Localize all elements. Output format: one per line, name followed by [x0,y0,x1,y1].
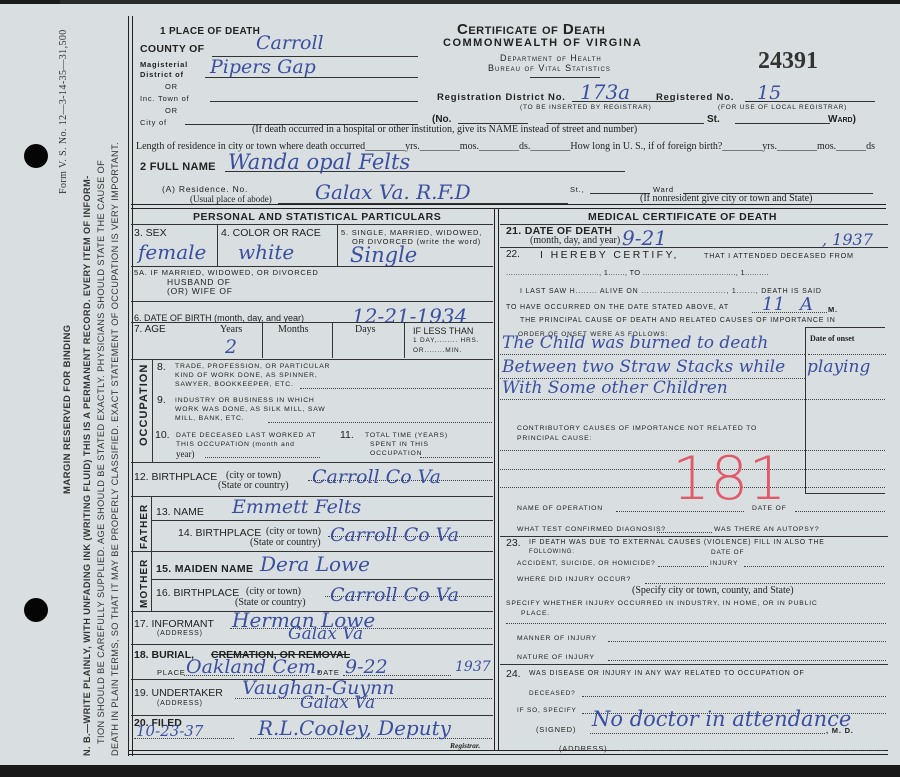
place-of-death-label: 1 PLACE OF DEATH [160,26,260,37]
occurred-line: TO HAVE OCCURRED ON THE DATE STATED ABOV… [506,304,729,311]
occ8-line-2: KIND OF WORK DONE, AS SPINNER, [175,372,318,379]
magisterial-label-2: District of [140,70,184,79]
rule [645,583,885,584]
where-injury-sub: (Specify city or town, county, and State… [632,585,794,596]
rule [805,327,806,427]
rule [131,322,493,323]
operation-date-label: DATE OF [752,505,787,512]
external-causes-num: 23. [506,537,521,549]
ampm-value: A [800,294,813,315]
st-label: St. [707,114,720,125]
sex-label: 3. SEX [134,227,167,239]
rule [500,354,805,355]
rule [590,733,825,734]
rule [268,422,492,423]
rule [744,566,884,567]
injury-date-label: INJURY [710,560,738,567]
medical-section-title: MEDICAL CERTIFICATE OF DEATH [588,211,777,223]
binding-margin-note: MARGIN RESERVED FOR BINDING [62,325,73,495]
occupation-related-line-2: DECEASED? [529,690,576,697]
race-label: 4. COLOR OR RACE [221,227,321,239]
occupation-related-num: 24. [506,668,521,680]
instructions-line-3: DEATH IN PLAIN TERMS, SO THAT IT MAY BE … [110,142,120,756]
sex-value: female [138,240,206,264]
residence-label: (A) Residence. No. [162,184,248,194]
birthplace-label: 12. BIRTHPLACE [134,471,217,483]
rule [131,644,493,645]
undertaker-address-label: (ADDRESS) [157,700,203,707]
rule [500,399,885,400]
certificate-number: 24391 [758,48,818,75]
time-value: 11 [762,294,785,315]
operation-label: NAME OF OPERATION [517,505,603,512]
accident-label: ACCIDENT, SUICIDE, OR HOMICIDE? [517,560,656,567]
rule [217,224,218,266]
rule [808,354,886,355]
rule [300,388,492,389]
rule [131,266,493,267]
certify-label: I HEREBY CERTIFY, [540,249,679,261]
rule [582,696,886,697]
dod-sub: (month, day, and year) [530,235,620,246]
mother-side-label: MOTHER [139,559,150,608]
informant-address-label: (ADDRESS) [157,630,203,637]
birthplace-sub-2: (State or country) [218,480,289,491]
certificate-paper: Form V. S. No. 12—3-14-35—31,500 MARGIN … [0,4,900,765]
rule [131,224,493,225]
classification-code: 181 [672,444,787,514]
occ11-line-2: SPENT IN THIS [370,441,429,448]
if-so-label: IF SO, SPECIFY [517,707,577,714]
rule [404,322,405,358]
rule [332,322,333,358]
burial-place-value: Oakland Cem. [186,656,322,678]
magisterial-label-1: Magisterial [140,60,188,69]
birthplace-value: Carroll Co Va [312,466,441,488]
less-than-label-2: 1 DAY,........ HRS. [413,337,479,344]
inc-town-line [210,101,418,102]
header-rule [530,77,600,78]
spouse-label-3: (OR) WIFE OF [167,286,233,296]
occ11-line-3: OCCUPATION [370,450,422,457]
occ11-num: 11. [340,429,354,441]
rule [420,457,492,458]
registration-district-value: 173a [580,80,630,104]
m-suffix: M. [828,305,838,314]
age-label: 7. AGE [134,324,166,335]
rule [151,520,493,521]
signed-label: (SIGNED) [536,725,576,734]
ward-label: Ward) [828,114,856,125]
father-birthplace-sub-1: (city or town) [266,526,321,537]
full-name-label: 2 FULL NAME [140,161,216,173]
rule [805,427,806,493]
cause-line-1: The Child was burned to death [502,333,768,353]
binding-hole-bottom [24,598,48,622]
registration-district-label: Registration District No. [437,92,566,103]
rule [657,532,712,533]
autopsy-label: WAS THERE AN AUTOPSY? [714,526,819,533]
father-name-value: Emmett Felts [232,496,361,518]
rule [500,664,888,665]
external-causes-line-1: IF DEATH WAS DUE TO EXTERNAL CAUSES (VIO… [529,539,825,546]
rule [658,566,708,567]
address-label: (ADDRESS) [559,744,607,753]
cause-line-3: With Some other Children [502,378,728,398]
occ9-line-1: INDUSTRY OR BUSINESS IN WHICH [175,397,315,404]
rule [151,579,493,580]
residence-value: Galax Va. R.F.D [315,180,471,204]
rule [131,301,493,302]
signed-value: No doctor in attendance [592,707,851,731]
burial-date-value: 9-22 [345,656,388,678]
specify-injury-line-1: SPECIFY WHETHER INJURY OCCURRED IN INDUS… [506,600,818,607]
form-number: Form V. S. No. 12—3-14-35—31,500 [58,29,69,194]
years-label: Years [220,324,242,335]
mother-birthplace-sub-2: (State or country) [235,597,306,608]
attended-from-to: .......................................,… [506,268,769,277]
marital-value: Single [350,243,417,267]
occ8-num: 8. [157,361,166,373]
marital-label-1: 5. SINGLE, MARRIED, WIDOWED, [341,228,482,237]
registered-no-note: (FOR USE OF LOCAL REGISTRAR) [718,104,847,111]
less-than-label-3: OR........MIN. [413,347,462,354]
nonresident-note: (If nonresident give city or town and St… [640,193,812,204]
rule [151,551,152,611]
rule [131,462,493,463]
cause-line-2: Between two Straw Stacks while [502,357,785,377]
test-label: WHAT TEST CONFIRMED DIAGNOSIS? [517,526,666,533]
registration-district-note: (TO BE INSERTED BY REGISTRAR) [520,104,652,111]
mother-birthplace-value: Carroll Co Va [330,584,459,606]
rule [151,496,152,551]
nature-label: NATURE OF INJURY [517,654,595,661]
rule [500,536,888,537]
father-birthplace-value: Carroll Co Va [330,524,459,546]
left-border [128,16,133,756]
days-label: Days [355,324,376,335]
residence-sub: (Usual place of abode) [190,194,272,204]
date-of-onset-label: Date of onset [810,334,854,343]
column-divider [494,209,499,750]
mother-name-label: 15. MAIDEN NAME [156,563,253,575]
occ9-line-2: WORK WAS DONE, AS SILK MILL, SAW [175,406,326,413]
rule [608,641,886,642]
ward-line [735,123,830,124]
mother-birthplace-sub-1: (city or town) [246,586,301,597]
certify-num: 22. [506,249,520,260]
occupation-related-line-1: WAS DISEASE OR INJURY IN ANY WAY RELATED… [529,670,804,677]
race-value: white [238,240,294,264]
rule [500,247,888,248]
burial-place-label: PLACE [157,668,186,677]
street-no-line [458,123,528,124]
registered-no-label: Registered No. [656,92,734,103]
rule [205,457,320,458]
hospital-note: (If death occurred in a hospital or othe… [252,124,637,135]
undertaker-label: 19. UNDERTAKER [134,687,223,699]
county-label: COUNTY OF [140,43,204,55]
rule [152,359,153,462]
occ10-line-2: THIS OCCUPATION (month and [176,441,295,448]
binding-hole-top [24,144,48,168]
instructions-line-1: N. B.—WRITE PLAINLY, WITH UNFADING INK (… [82,175,92,756]
instructions-line-2: TION SHOULD BE CAREFULLY SUPPLIED. AGE S… [96,160,106,744]
residence-st-label: St., [570,185,584,194]
occ11-line-1: TOTAL TIME (YEARS) [365,432,448,439]
bureau-title: Bureau of Vital Statistics [488,63,611,73]
occ10-num: 10. [155,429,170,441]
occ10-line-1: DATE DECEASED LAST WORKED AT [176,432,316,439]
registered-no-value: 15 [757,82,781,104]
onset-value: playing [807,357,870,377]
mother-birthplace-label: 16. BIRTHPLACE [156,587,239,599]
rule [337,224,338,266]
informant-address-value: Galax Va [288,624,363,644]
header-divider [131,204,886,209]
rule [805,493,885,494]
rule [131,359,493,360]
occ8-line-1: TRADE, PROFESSION, OR PARTICULAR [175,363,330,370]
or-2: OR [165,106,178,115]
rule [795,511,885,512]
occupation-side-label: OCCUPATION [138,364,150,446]
full-name-value: Wanda opal Felts [228,150,410,174]
rule [608,660,886,661]
mother-name-value: Dera Lowe [260,552,370,576]
specify-injury-line-2: PLACE. [521,610,550,617]
street-line [546,123,704,124]
burial-year-value: 1937 [455,659,491,675]
certify-label-2: THAT I ATTENDED DECEASED FROM [704,251,854,260]
registrar-signature: R.L.Cooley, Deputy [258,716,451,740]
rule [506,623,886,624]
contributory-label-2: PRINCIPAL CAUSE: [517,435,592,442]
manner-label: MANNER OF INJURY [517,635,597,642]
department-title: Department of Health [500,53,602,63]
street-no-label: (No. [432,114,451,125]
father-name-label: 13. NAME [156,506,204,518]
rule [616,511,744,512]
spouse-label-1: 5A. IF MARRIED, WIDOWED, OR DIVORCED [134,268,319,277]
contributory-label-1: CONTRIBUTORY CAUSES OF IMPORTANCE NOT RE… [517,425,757,432]
informant-label: 17. INFORMANT [134,618,214,630]
county-value: Carroll [256,32,324,54]
months-label: Months [278,324,309,335]
or-1: OR [165,82,178,91]
occ9-num: 9. [157,394,166,406]
city-label: City of [140,118,167,127]
where-injury-label: WHERE DID INJURY OCCUR? [517,576,631,583]
filed-date-value: 10-23-37 [136,722,203,740]
father-birthplace-label: 14. BIRTHPLACE [178,527,261,539]
age-years-value: 2 [225,336,237,358]
external-date-of-label: DATE OF [711,549,744,556]
father-side-label: FATHER [139,504,150,549]
undertaker-address-value: Galax Va [300,693,375,713]
personal-section-title: PERSONAL AND STATISTICAL PARTICULARS [193,211,441,223]
occ10-line-3: year) [176,449,194,459]
less-than-label-1: IF LESS THAN [413,326,473,336]
occ9-line-3: MILL, BANK, ETC. [175,415,244,422]
magisterial-value: Pipers Gap [210,56,316,78]
burial-date-label: DATE [317,668,340,677]
certificate-title: Certificate of Death [457,21,605,38]
md-suffix: , M. D. [826,726,854,735]
rule [620,750,885,751]
external-causes-line-2: FOLLOWING: [529,549,575,555]
rule [805,327,885,328]
state-title: COMMONWEALTH OF VIRGINA [443,37,642,49]
rule [262,322,263,358]
registrar-label: Registrar. [450,741,480,750]
father-birthplace-sub-2: (State or country) [250,537,321,548]
inc-town-label: Inc. Town of [140,94,189,103]
occ8-line-3: SAWYER, BOOKKEEPER, ETC. [175,381,294,388]
principal-cause-line-1: THE PRINCIPAL CAUSE OF DEATH AND RELATED… [520,317,836,324]
